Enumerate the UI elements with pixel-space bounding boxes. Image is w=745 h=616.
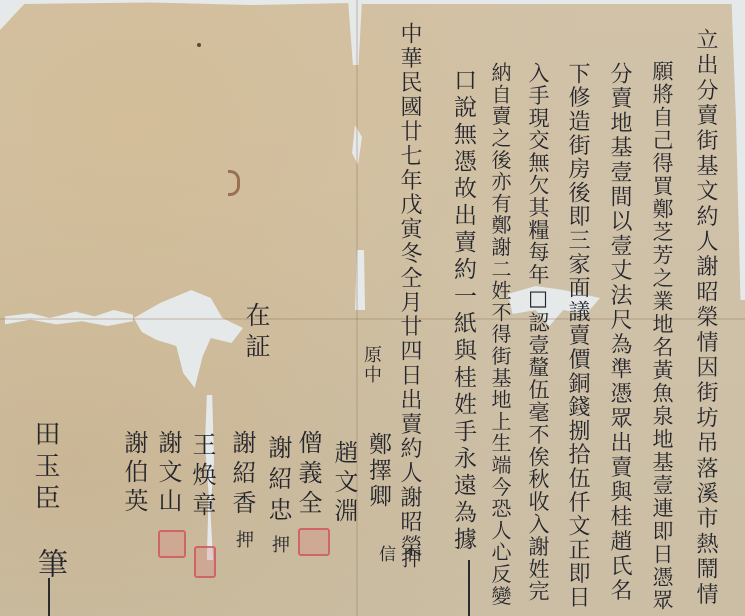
- red-seal: [158, 530, 186, 558]
- contract-line-7: 口說無憑故出賣約一紙與桂姓手永遠為據: [451, 68, 474, 554]
- contract-line-6: 納自賣之後亦有鄭謝二姓不得街基地上生端今恐人心反變: [490, 62, 510, 607]
- witness-mark: 押: [234, 530, 252, 548]
- seller-mark: 押: [400, 548, 420, 568]
- date-line: 中華民國廿七年戊寅冬仝月廿四日出賣約人謝昭榮: [398, 22, 420, 559]
- witness-mark: 押: [270, 535, 288, 553]
- witness-name: 謝紹香: [230, 430, 254, 520]
- scribe-name: 田玉臣: [32, 420, 58, 516]
- witness-mark: 信: [376, 545, 393, 562]
- scribe-tail-stroke: [48, 578, 50, 616]
- ink-dot: [197, 43, 201, 47]
- contract-line-2: 願將自己得買鄭芝芳之業地名黃魚泉地基壹連即日憑眾: [651, 60, 672, 612]
- witness-label: 在証: [244, 302, 269, 364]
- witness-name: 謝伯英: [122, 430, 146, 517]
- witness-name: 趙文淵: [332, 440, 356, 527]
- scribe-mark: 筆: [34, 548, 64, 578]
- fold-line-horizontal: [0, 318, 745, 320]
- contract-line-3: 分賣地基壹間以壹丈法尺為準憑眾出賣與桂趙氏名: [608, 62, 630, 603]
- witness-name: 鄭擇卿: [366, 432, 389, 510]
- red-seal: [194, 546, 216, 578]
- contract-line-5: 入手現交無欠其糧每年□認壹釐伍毫不俟秋收入謝姓完: [527, 62, 548, 603]
- document-paper: [0, 0, 745, 616]
- witness-name: 王焕章: [190, 432, 214, 522]
- middleman-label: 原中: [362, 345, 380, 385]
- witness-name: 僧義全: [296, 430, 320, 520]
- red-seal: [298, 528, 330, 556]
- contract-line-4: 下修造街房後即三家面議賣價銅錢捌拾伍仟文正即日: [566, 62, 588, 609]
- witness-name: 謝文山: [156, 430, 180, 517]
- contract-line-1: 立出分賣街基文約人謝昭榮情因街坊吊落溪市熱鬧情: [694, 28, 716, 608]
- witness-name: 謝紹忠: [266, 435, 290, 528]
- tear-top-edge-right: [362, 0, 745, 4]
- closing-stroke: [468, 560, 470, 616]
